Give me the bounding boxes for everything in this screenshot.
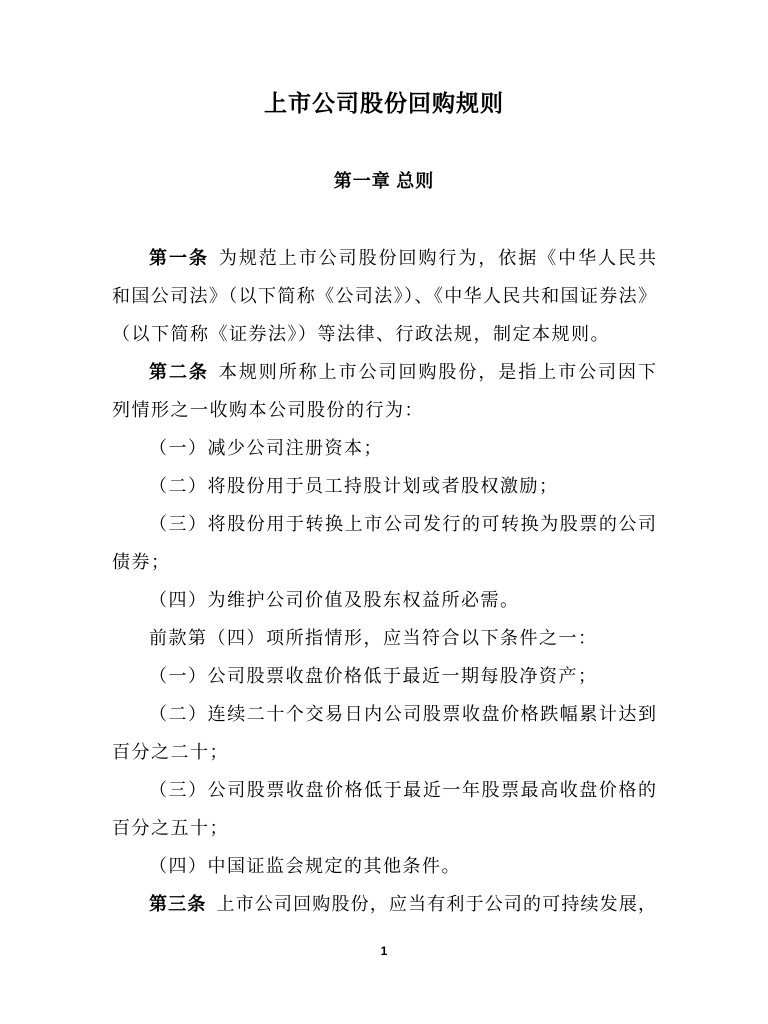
text-line: （以下简称《证券法》）等法律、行政法规，制定本规则。: [112, 315, 656, 353]
paragraph: （二）将股份用于员工持股计划或者股权激励；: [112, 467, 656, 505]
paragraph: 第三条上市公司回购股份，应当有利于公司的可持续发展，: [112, 885, 656, 923]
paragraph: （四）为维护公司价值及股东权益所必需。: [112, 581, 656, 619]
text-line: 列情形之一收购本公司股份的行为：: [112, 391, 656, 429]
article-number: 第三条: [149, 894, 206, 914]
paragraph: 前款第（四）项所指情形，应当符合以下条件之一：: [112, 619, 656, 657]
text-line: 第一条为规范上市公司股份回购行为，依据《中华人民共: [112, 239, 656, 277]
paragraph: 第一条为规范上市公司股份回购行为，依据《中华人民共和国公司法》（以下简称《公司法…: [112, 239, 656, 353]
paragraph: （四）中国证监会规定的其他条件。: [112, 847, 656, 885]
article-number: 第一条: [149, 248, 209, 268]
paragraph: （一）公司股票收盘价格低于最近一期每股净资产；: [112, 657, 656, 695]
page-number: 1: [0, 944, 768, 958]
text-line: 债券；: [112, 543, 656, 581]
text-line: 第三条上市公司回购股份，应当有利于公司的可持续发展，: [112, 885, 656, 923]
article-number: 第二条: [149, 362, 209, 382]
chapter-heading: 第一章 总则: [0, 169, 768, 193]
text-line: （三）公司股票收盘价格低于最近一年股票最高收盘价格的: [112, 771, 656, 809]
text-line: （四）为维护公司价值及股东权益所必需。: [112, 581, 656, 619]
paragraph: （一）减少公司注册资本；: [112, 429, 656, 467]
text-line: （二）连续二十个交易日内公司股票收盘价格跌幅累计达到: [112, 695, 656, 733]
document-page: 上市公司股份回购规则 第一章 总则 第一条为规范上市公司股份回购行为，依据《中华…: [0, 0, 768, 1024]
text-line: （一）公司股票收盘价格低于最近一期每股净资产；: [112, 657, 656, 695]
text-line: （二）将股份用于员工持股计划或者股权激励；: [112, 467, 656, 505]
text-line: 百分之二十；: [112, 733, 656, 771]
paragraph: （三）公司股票收盘价格低于最近一年股票最高收盘价格的百分之五十；: [112, 771, 656, 847]
document-body: 第一条为规范上市公司股份回购行为，依据《中华人民共和国公司法》（以下简称《公司法…: [112, 239, 656, 923]
paragraph: （三）将股份用于转换上市公司发行的可转换为股票的公司债券；: [112, 505, 656, 581]
text-line: （四）中国证监会规定的其他条件。: [112, 847, 656, 885]
paragraph: 第二条本规则所称上市公司回购股份，是指上市公司因下列情形之一收购本公司股份的行为…: [112, 353, 656, 429]
text-line: （一）减少公司注册资本；: [112, 429, 656, 467]
text-line: 百分之五十；: [112, 809, 656, 847]
paragraph: （二）连续二十个交易日内公司股票收盘价格跌幅累计达到百分之二十；: [112, 695, 656, 771]
text-line: （三）将股份用于转换上市公司发行的可转换为股票的公司: [112, 505, 656, 543]
document-title: 上市公司股份回购规则: [0, 90, 768, 118]
text-line: 前款第（四）项所指情形，应当符合以下条件之一：: [112, 619, 656, 657]
text-line: 和国公司法》（以下简称《公司法》）、《中华人民共和国证券法》: [112, 277, 656, 315]
text-line: 第二条本规则所称上市公司回购股份，是指上市公司因下: [112, 353, 656, 391]
